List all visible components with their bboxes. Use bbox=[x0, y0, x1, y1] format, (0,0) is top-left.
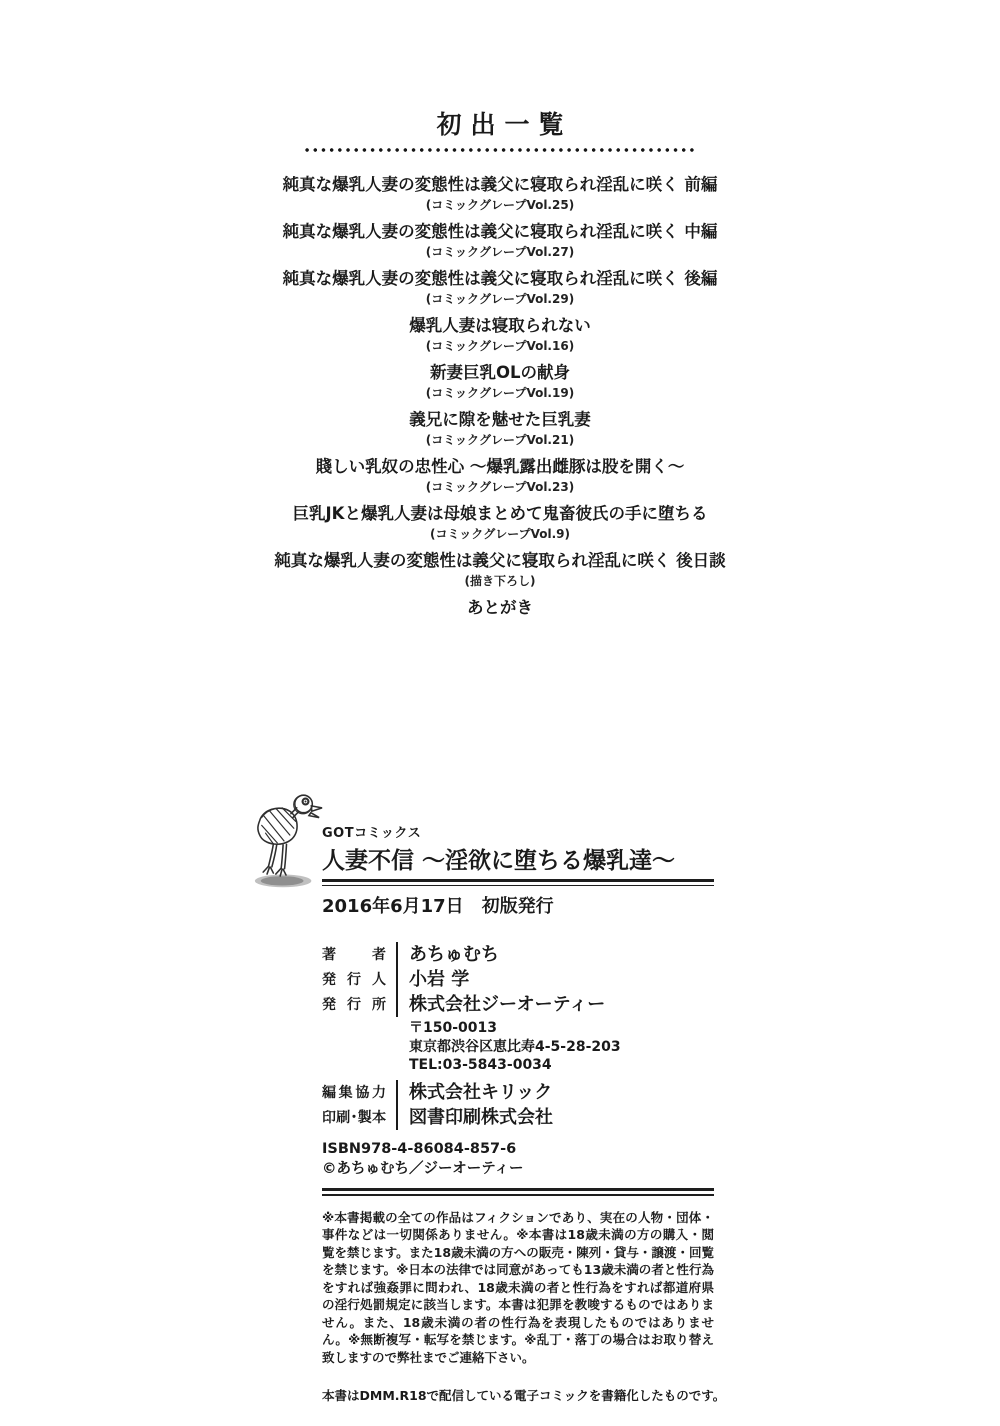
entry-title: 賤しい乳奴の忠性心 ～爆乳露出雌豚は股を開く～ bbox=[190, 456, 810, 478]
entry-source: (コミックグレープVol.27) bbox=[190, 244, 810, 260]
entry-title: 爆乳人妻は寝取られない bbox=[190, 315, 810, 337]
imprint-label: GOTコミックス bbox=[322, 788, 714, 842]
entry-title: 純真な爆乳人妻の変態性は義父に寝取られ淫乱に咲く 後編 bbox=[190, 268, 810, 290]
digital-edition-note: 本書はDMM.R18で配信している電子コミックを書籍化したものです。 bbox=[322, 1387, 714, 1405]
entry-source: (コミックグレープVol.16) bbox=[190, 338, 810, 354]
colophon-block: GOTコミックス 人妻不信 ～淫欲に堕ちる爆乳達～ 2016年6月17日 初版発… bbox=[322, 788, 714, 1405]
entry-source: (コミックグレープVol.23) bbox=[190, 479, 810, 495]
entry-title: 新妻巨乳OLの献身 bbox=[190, 362, 810, 384]
entry-title: 純真な爆乳人妻の変態性は義父に寝取られ淫乱に咲く 前編 bbox=[190, 174, 810, 196]
entry-source: (コミックグレープVol.29) bbox=[190, 291, 810, 307]
toc-entry: 純真な爆乳人妻の変態性は義父に寝取られ淫乱に咲く 中編 (コミックグレープVol… bbox=[190, 221, 810, 260]
toc-entry: 賤しい乳奴の忠性心 ～爆乳露出雌豚は股を開く～ (コミックグレープVol.23) bbox=[190, 456, 810, 495]
first-publication-list: 初出一覧 純真な爆乳人妻の変態性は義父に寝取られ淫乱に咲く 前編 (コミックグレ… bbox=[190, 0, 810, 619]
toc-entries: 純真な爆乳人妻の変態性は義父に寝取られ淫乱に咲く 前編 (コミックグレープVol… bbox=[190, 174, 810, 619]
toc-entry: 義兄に隙を魅せた巨乳妻 (コミックグレープVol.21) bbox=[190, 409, 810, 448]
entry-title: 純真な爆乳人妻の変態性は義父に寝取られ淫乱に咲く 中編 bbox=[190, 221, 810, 243]
legal-disclaimer: ※本書掲載の全ての作品はフィクションであり、実在の人物・団体・事件などは一切関係… bbox=[322, 1209, 714, 1367]
credit-label: 編集協力 bbox=[322, 1080, 386, 1105]
credits-table: 著者 あちゅむち 発行人 小岩 学 発行所 株式会社ジーオーティー 〒150-0… bbox=[322, 942, 714, 1130]
street-address: 東京都渋谷区恵比寿4-5-28-203 bbox=[409, 1038, 714, 1057]
double-rule-divider bbox=[322, 1188, 714, 1196]
toc-entry: 純真な爆乳人妻の変態性は義父に寝取られ淫乱に咲く 後日談 (描き下ろし) bbox=[190, 550, 810, 589]
toc-entry: 巨乳JKと爆乳人妻は母娘まとめて鬼畜彼氏の手に堕ちる (コミックグレープVol.… bbox=[190, 503, 810, 542]
copyright: ©あちゅむち／ジーオーティー bbox=[322, 1159, 714, 1179]
entry-title: あとがき bbox=[190, 597, 810, 619]
credit-label: 著者 bbox=[322, 942, 386, 967]
edition-date: 2016年6月17日 初版発行 bbox=[322, 895, 714, 919]
entry-source: (描き下ろし) bbox=[190, 573, 810, 589]
entry-source: (コミックグレープVol.25) bbox=[190, 197, 810, 213]
toc-entry-afterword: あとがき bbox=[190, 597, 810, 619]
publisher-address: 〒150-0013 東京都渋谷区恵比寿4-5-28-203 TEL:03-584… bbox=[409, 1019, 714, 1075]
telephone: TEL:03-5843-0034 bbox=[409, 1056, 714, 1075]
credit-row-publisher-company: 発行所 株式会社ジーオーティー bbox=[322, 992, 714, 1017]
entry-source: (コミックグレープVol.21) bbox=[190, 432, 810, 448]
credit-label: 印刷･製本 bbox=[322, 1105, 386, 1130]
entry-title: 巨乳JKと爆乳人妻は母娘まとめて鬼畜彼氏の手に堕ちる bbox=[190, 503, 810, 525]
entry-title: 純真な爆乳人妻の変態性は義父に寝取られ淫乱に咲く 後日談 bbox=[190, 550, 810, 572]
title-rule bbox=[322, 879, 714, 886]
toc-entry: 新妻巨乳OLの献身 (コミックグレープVol.19) bbox=[190, 362, 810, 401]
credit-label: 発行所 bbox=[322, 992, 386, 1017]
isbn-block: ISBN978-4-86084-857-6 ©あちゅむち／ジーオーティー bbox=[322, 1139, 714, 1179]
dotted-divider bbox=[303, 147, 697, 153]
credit-value: 図書印刷株式会社 bbox=[396, 1105, 714, 1130]
credit-label: 発行人 bbox=[322, 967, 386, 992]
credit-row-author: 著者 あちゅむち bbox=[322, 942, 714, 967]
book-title: 人妻不信 ～淫欲に堕ちる爆乳達～ bbox=[322, 847, 714, 875]
entry-source: (コミックグレープVol.19) bbox=[190, 385, 810, 401]
toc-entry: 純真な爆乳人妻の変態性は義父に寝取られ淫乱に咲く 前編 (コミックグレープVol… bbox=[190, 174, 810, 213]
bird-sketch-logo-icon bbox=[250, 788, 324, 890]
isbn: ISBN978-4-86084-857-6 bbox=[322, 1139, 714, 1159]
credit-value: 株式会社ジーオーティー bbox=[396, 992, 714, 1017]
entry-source: (コミックグレープVol.9) bbox=[190, 526, 810, 542]
credit-value: あちゅむち bbox=[396, 942, 714, 967]
credit-row-printing: 印刷･製本 図書印刷株式会社 bbox=[322, 1105, 714, 1130]
toc-entry: 純真な爆乳人妻の変態性は義父に寝取られ淫乱に咲く 後編 (コミックグレープVol… bbox=[190, 268, 810, 307]
credit-row-publisher-person: 発行人 小岩 学 bbox=[322, 967, 714, 992]
credit-value: 小岩 学 bbox=[396, 967, 714, 992]
section-title: 初出一覧 bbox=[190, 110, 810, 140]
entry-title: 義兄に隙を魅せた巨乳妻 bbox=[190, 409, 810, 431]
colophon-page: 初出一覧 純真な爆乳人妻の変態性は義父に寝取られ淫乱に咲く 前編 (コミックグレ… bbox=[0, 0, 1000, 1426]
postal-code: 〒150-0013 bbox=[409, 1019, 714, 1038]
credit-row-editing: 編集協力 株式会社キリック bbox=[322, 1080, 714, 1105]
toc-entry: 爆乳人妻は寝取られない (コミックグレープVol.16) bbox=[190, 315, 810, 354]
credit-value: 株式会社キリック bbox=[396, 1080, 714, 1105]
publisher-logo bbox=[250, 788, 324, 890]
